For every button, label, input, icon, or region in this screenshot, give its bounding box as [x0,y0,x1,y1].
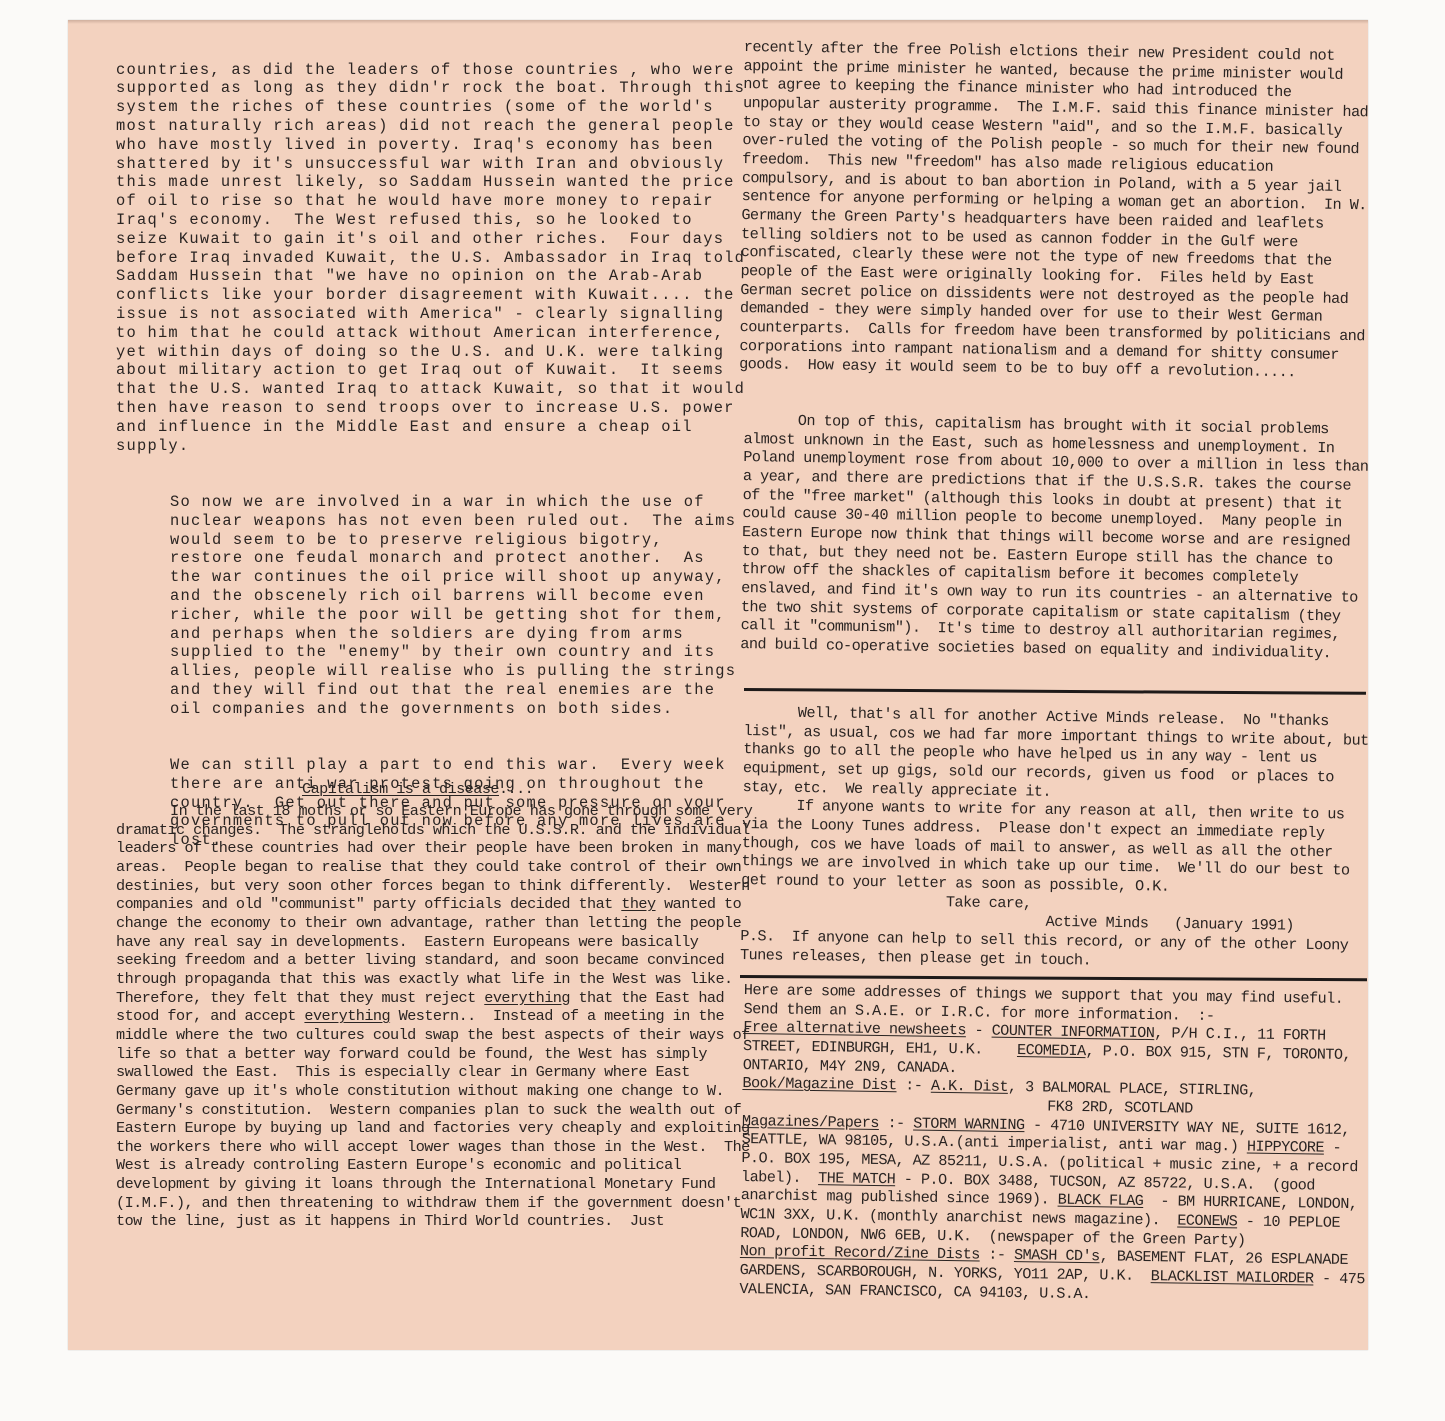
separator: :- [879,1114,914,1133]
category-label: Book/Magazine Dist [742,1074,896,1094]
section-heading-capitalism: Capitalism is a disease.... [302,780,533,798]
addresses-block: Here are some addresses of things we sup… [739,981,1374,1307]
paragraph-poland: recently after the free Polish elctions … [739,38,1374,383]
poland-block: recently after the free Polish elctions … [739,38,1374,383]
org-name: A.K. Dist [931,1077,1008,1096]
gulf-war-text: countries, as did the leaders of those c… [116,23,746,888]
section-heading-text: Capitalism is a disease [302,780,499,798]
emphasis-everything: everything [484,989,570,1007]
addresses-nonprofit: Non profit Record/Zine Dists :- SMASH CD… [739,1242,1370,1307]
paragraph-write-to-us: If anyone wants to write for any reason … [741,796,1372,899]
org-name: HIPPYCORE [1247,1138,1324,1157]
org-name: STORM WARNING [913,1114,1025,1134]
left-column: countries, as did the leaders of those c… [116,23,746,888]
section-divider [744,688,1366,695]
org-name: THE MATCH [818,1169,895,1188]
category-label: Magazines/Papers [742,1112,879,1132]
paragraph-thanks: Well, that's all for another Active Mind… [743,703,1374,806]
paragraph-eastern-europe: In the last 18 moths or so Eastern Europ… [116,802,756,1231]
org-name: SMASH CD's [1014,1246,1100,1265]
paragraph-war-aims: So now we are involved in a war in which… [116,493,746,719]
emphasis-they: they [621,895,655,913]
section-divider [740,975,1367,981]
section-heading-ellipsis: .... [499,780,533,798]
capitalism-section: In the last 18 moths or so Eastern Europ… [116,802,756,1231]
separator: :- [980,1246,1015,1265]
addresses-magazines: Magazines/Papers :- STORM WARNING - 4710… [740,1112,1372,1252]
paragraph-iraq-kuwait: countries, as did the leaders of those c… [116,61,746,456]
org-name: COUNTER INFORMATION [992,1022,1155,1042]
org-name: BLACK FLAG [1058,1191,1144,1210]
org-name: BLACKLIST MAILORDER [1151,1267,1314,1287]
text-run: Western.. Instead of a meeting in the mi… [116,1007,758,1230]
scanned-insert-page: countries, as did the leaders of those c… [68,20,1368,1350]
org-address: , 3 BALMORAL PLACE, STIRLING, [1008,1078,1257,1100]
paragraph-social-problems: On top of this, capitalism has brought w… [740,411,1374,663]
org-name: ECONEWS [1177,1211,1237,1230]
category-label: Free alternative newsheets [743,1018,966,1039]
emphasis-everything: everything [304,1007,390,1025]
addresses-newsheets: Free alternative newsheets - COUNTER INF… [743,1018,1374,1083]
org-name: ECOMEDIA [1017,1041,1086,1060]
social-problems-block: On top of this, capitalism has brought w… [740,411,1374,663]
closing-block: Well, that's all for another Active Mind… [740,703,1374,974]
separator: :- [896,1077,931,1096]
